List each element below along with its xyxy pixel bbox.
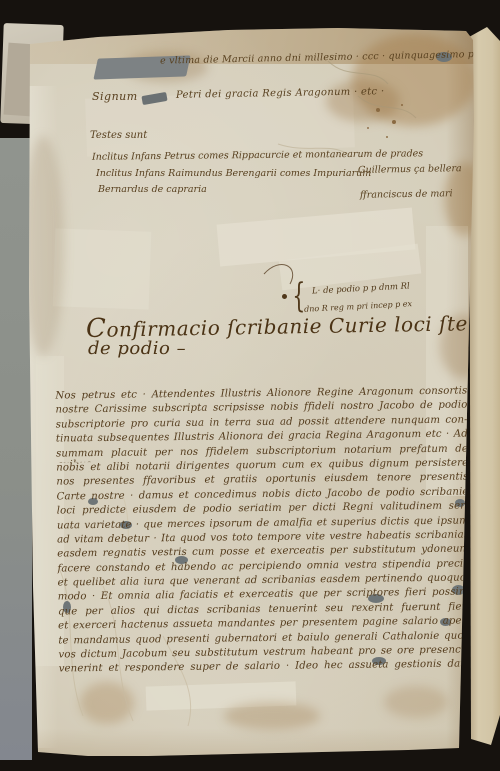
- witness-item: ffranciscus de mari: [360, 188, 453, 201]
- ink-freckles: [376, 108, 380, 112]
- signum-line: Petri dei gracia Regis Aragonum · etc ·: [176, 86, 385, 101]
- stain: [384, 686, 448, 718]
- repair-patch: [53, 228, 152, 309]
- body-text-block: Nos petrus etc · Attendentes Illustris A…: [55, 385, 470, 678]
- witness-item: Inclitus Infans Raimundus Berengarii com…: [96, 168, 371, 179]
- page-left-highlight: [28, 86, 58, 748]
- signum-word: Signum: [92, 90, 138, 103]
- repair-patch: [146, 681, 297, 710]
- stain: [352, 34, 476, 126]
- repair-patch: [217, 208, 416, 267]
- witness-item: Guillermus ça bellera: [358, 163, 462, 176]
- gray-backing-card: [0, 138, 32, 760]
- witness-item: Inclitus Infans Petrus comes Rippacurcie…: [92, 148, 423, 162]
- stain: [80, 682, 134, 724]
- marginal-note-dot: [282, 294, 287, 299]
- royal-sign-mark: [141, 92, 167, 105]
- manuscript-page: e vltima die Marcii anno dni millesimo ·…: [28, 26, 474, 758]
- chancery-heading-cont: de podio –: [88, 338, 186, 359]
- dateline: e vltima die Marcii anno dni millesimo ·…: [160, 48, 500, 66]
- witness-intro: Testes sunt: [90, 130, 147, 141]
- witness-item: Bernardus de capraria: [98, 184, 207, 195]
- page-bottom-shadow: [28, 728, 474, 758]
- marginal-note-line: L· de podio p p dnm Rl: [312, 281, 410, 296]
- photo-backdrop: e vltima die Marcii anno dni millesimo ·…: [0, 0, 500, 771]
- stain: [224, 702, 320, 730]
